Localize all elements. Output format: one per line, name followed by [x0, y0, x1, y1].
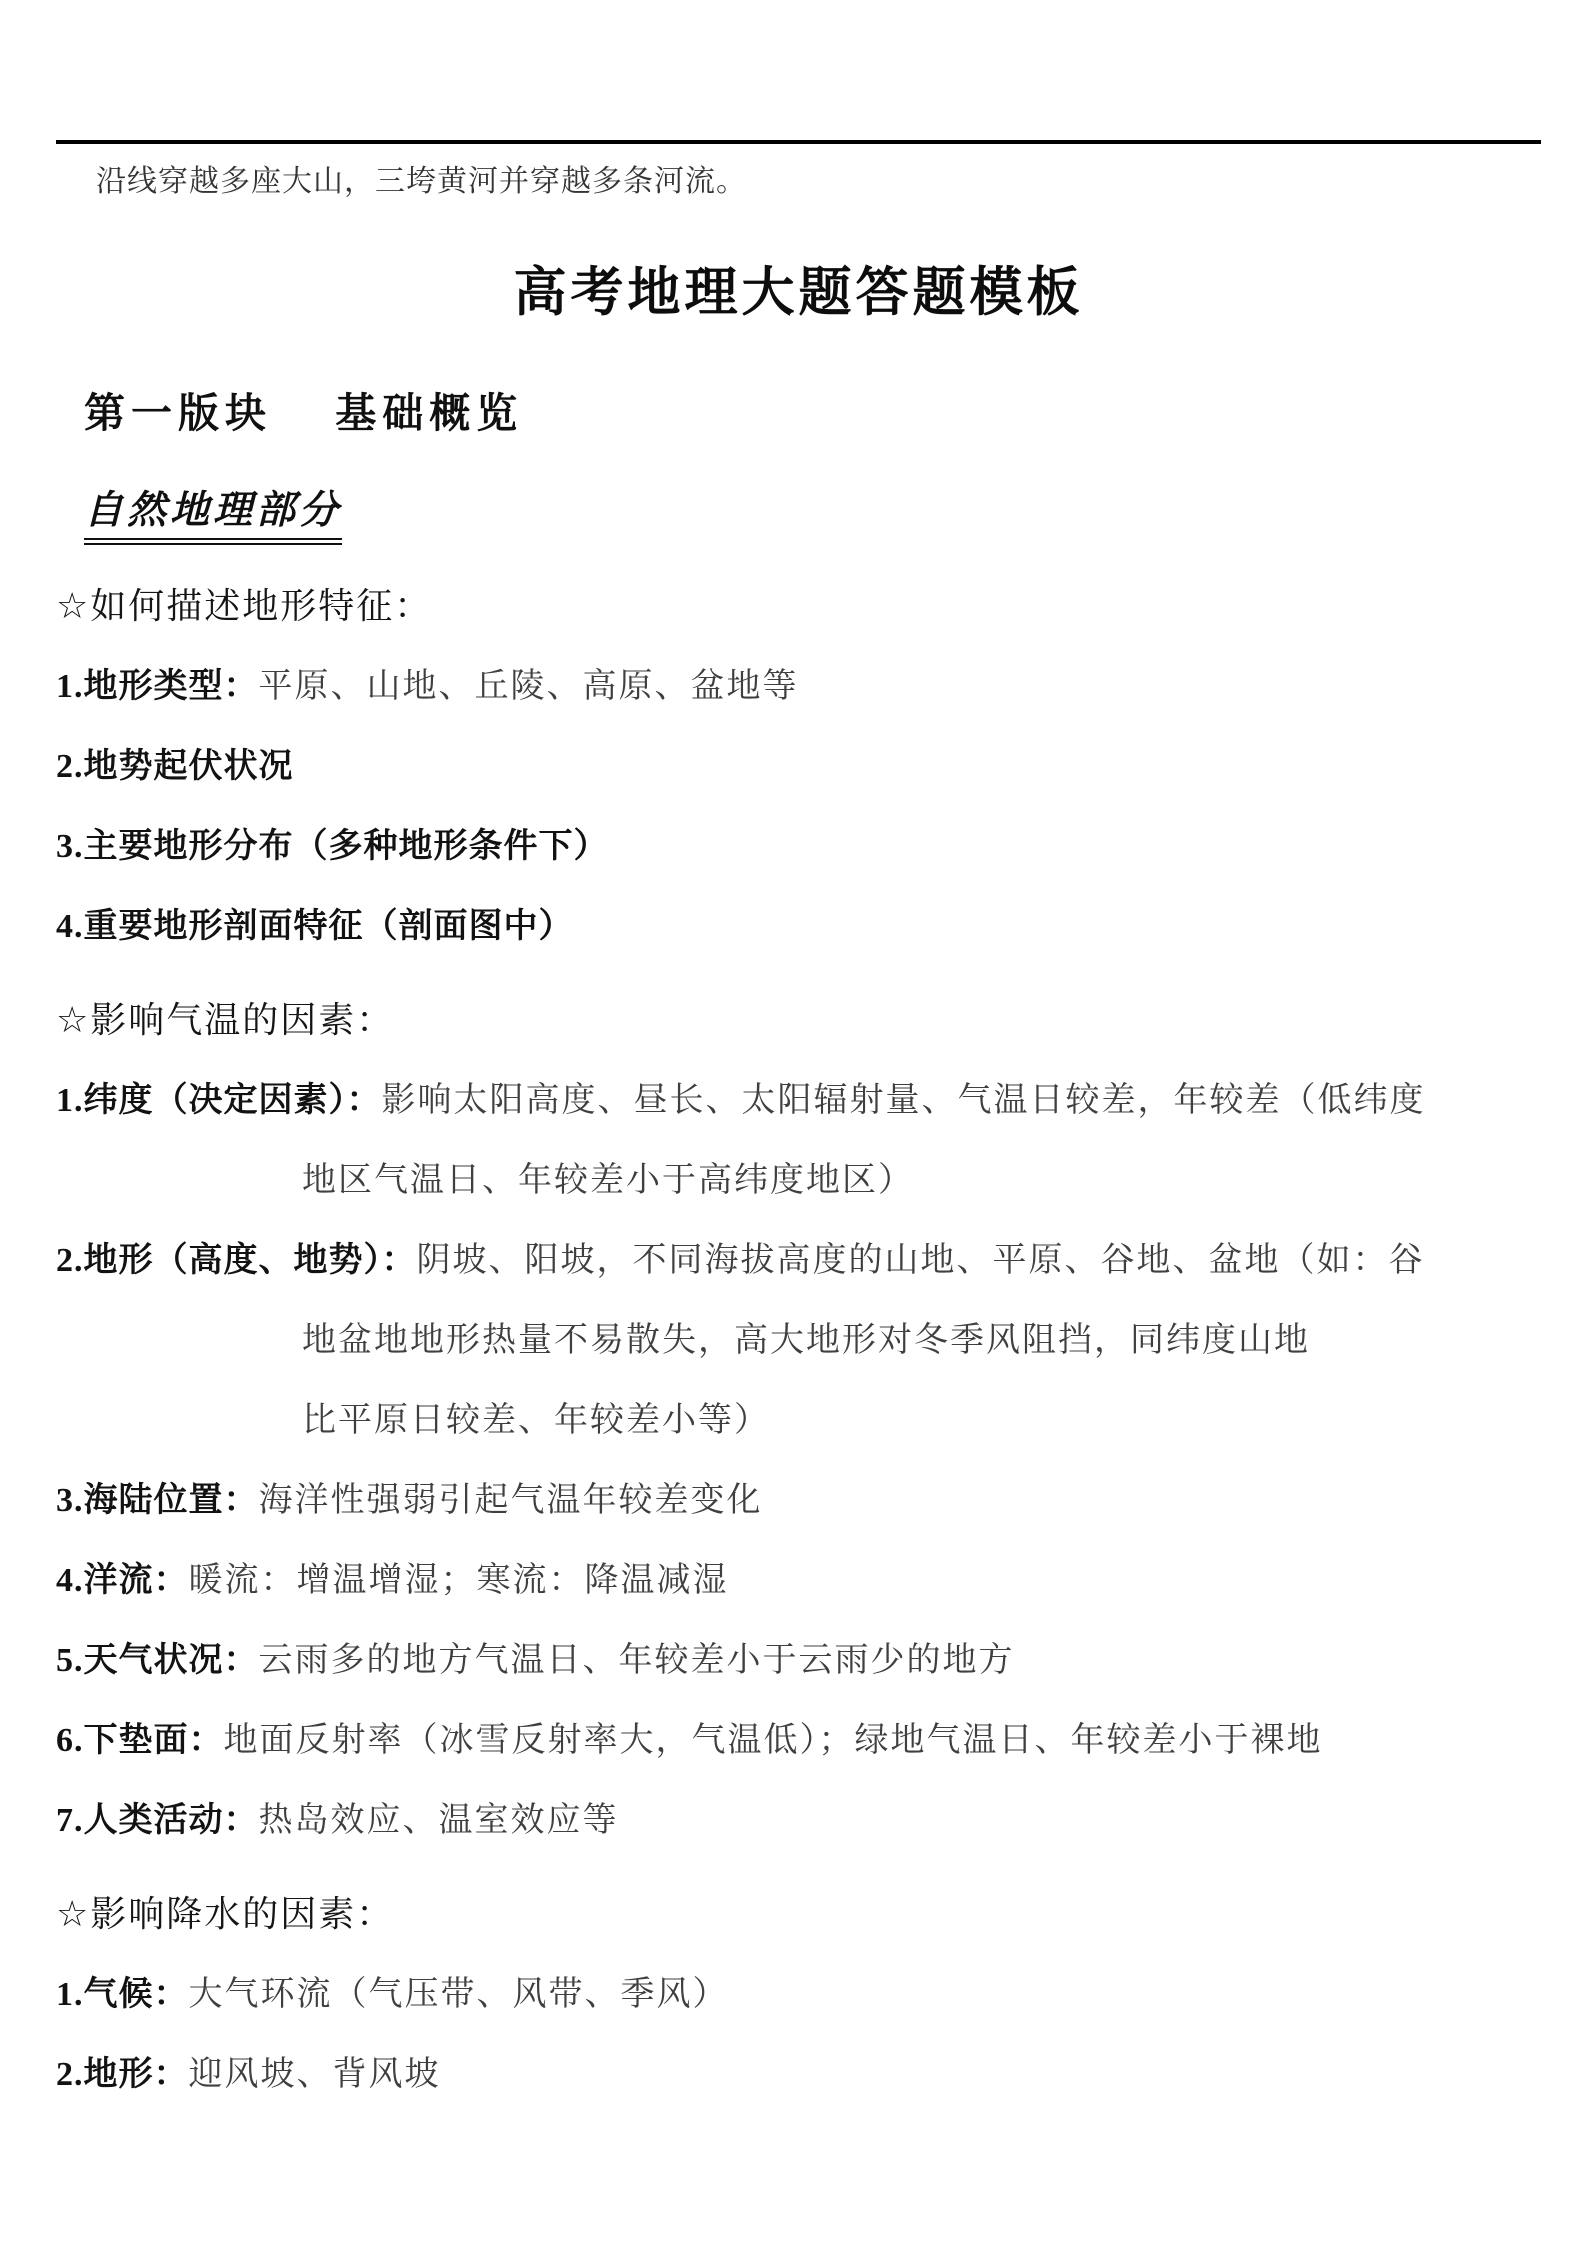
subsection-wrap: 自然地理部分	[56, 479, 1541, 545]
item-label: 4.重要地形剖面特征（剖面图中）	[56, 908, 574, 945]
item-text: 大气环流（气压带、风带、季风）	[189, 1976, 729, 2013]
item-label: 3.主要地形分布（多种地形条件下）	[56, 828, 609, 865]
subsection-heading: 自然地理部分	[84, 479, 342, 545]
item-label: 7.人类活动：	[56, 1802, 259, 1839]
list-item: 2.地形（高度、地势）：阴坡、阳坡，不同海拔高度的山地、平原、谷地、盆地（如：谷	[56, 1221, 1541, 1301]
item-text: 地面反射率（冰雪反射率大，气温低）；绿地气温日、年较差小于裸地	[224, 1722, 1323, 1759]
topic-heading: ☆影响降水的因素：	[56, 1875, 1541, 1955]
list-item: 4.洋流：暖流：增温增湿；寒流：降温减湿	[56, 1541, 1541, 1621]
item-continuation: 地盆地地形热量不易散失，高大地形对冬季风阻挡，同纬度山地	[56, 1301, 1541, 1381]
item-continuation: 地区气温日、年较差小于高纬度地区）	[56, 1141, 1541, 1221]
item-label: 2.地势起伏状况	[56, 748, 294, 785]
item-label: 2.地形（高度、地势）：	[56, 1242, 417, 1279]
topic-heading: ☆如何描述地形特征：	[56, 567, 1541, 647]
topic-precipitation-factors: ☆影响降水的因素： 1.气候：大气环流（气压带、风带、季风） 2.地形：迎风坡、…	[56, 1875, 1541, 2115]
list-item: 4.重要地形剖面特征（剖面图中）	[56, 887, 1541, 967]
section-heading: 第一版块 基础概览	[56, 380, 1541, 439]
list-item: 5.天气状况：云雨多的地方气温日、年较差小于云雨少的地方	[56, 1621, 1541, 1701]
list-item: 1.纬度（决定因素）：影响太阳高度、昼长、太阳辐射量、气温日较差，年较差（低纬度	[56, 1061, 1541, 1141]
item-label: 3.海陆位置：	[56, 1482, 259, 1519]
topic-heading: ☆影响气温的因素：	[56, 981, 1541, 1061]
item-text: 迎风坡、背风坡	[189, 2056, 441, 2093]
item-label: 4.洋流：	[56, 1562, 189, 1599]
item-continuation: 比平原日较差、年较差小等）	[56, 1381, 1541, 1461]
list-item: 1.气候：大气环流（气压带、风带、季风）	[56, 1955, 1541, 2035]
list-item: 1.地形类型：平原、山地、丘陵、高原、盆地等	[56, 647, 1541, 727]
list-item: 3.海陆位置：海洋性强弱引起气温年较差变化	[56, 1461, 1541, 1541]
item-label: 6.下垫面：	[56, 1722, 224, 1759]
item-text: 影响太阳高度、昼长、太阳辐射量、气温日较差，年较差（低纬度	[382, 1082, 1426, 1119]
list-item: 3.主要地形分布（多种地形条件下）	[56, 807, 1541, 887]
item-text: 海洋性强弱引起气温年较差变化	[259, 1482, 763, 1519]
document-page: 沿线穿越多座大山，三垮黄河并穿越多条河流。 高考地理大题答题模板 第一版块 基础…	[0, 0, 1587, 2245]
item-text: 暖流：增温增湿；寒流：降温减湿	[189, 1562, 729, 1599]
list-item: 6.下垫面：地面反射率（冰雪反射率大，气温低）；绿地气温日、年较差小于裸地	[56, 1701, 1541, 1781]
header-note: 沿线穿越多座大山，三垮黄河并穿越多条河流。	[56, 156, 1541, 200]
item-text: 阴坡、阳坡，不同海拔高度的山地、平原、谷地、盆地（如：谷	[417, 1242, 1425, 1279]
topic-landform-features: ☆如何描述地形特征： 1.地形类型：平原、山地、丘陵、高原、盆地等 2.地势起伏…	[56, 567, 1541, 967]
item-text: 云雨多的地方气温日、年较差小于云雨少的地方	[259, 1642, 1015, 1679]
item-text: 平原、山地、丘陵、高原、盆地等	[259, 668, 799, 705]
item-label: 1.地形类型：	[56, 668, 259, 705]
item-label: 5.天气状况：	[56, 1642, 259, 1679]
item-label: 1.气候：	[56, 1976, 189, 2013]
list-item: 2.地形：迎风坡、背风坡	[56, 2035, 1541, 2115]
page-break-rule	[56, 140, 1541, 144]
item-label: 1.纬度（决定因素）：	[56, 1082, 382, 1119]
list-item: 2.地势起伏状况	[56, 727, 1541, 807]
item-label: 2.地形：	[56, 2056, 189, 2093]
document-title: 高考地理大题答题模板	[56, 250, 1541, 326]
topic-temperature-factors: ☆影响气温的因素： 1.纬度（决定因素）：影响太阳高度、昼长、太阳辐射量、气温日…	[56, 981, 1541, 1861]
list-item: 7.人类活动：热岛效应、温室效应等	[56, 1781, 1541, 1861]
item-text: 热岛效应、温室效应等	[259, 1802, 619, 1839]
